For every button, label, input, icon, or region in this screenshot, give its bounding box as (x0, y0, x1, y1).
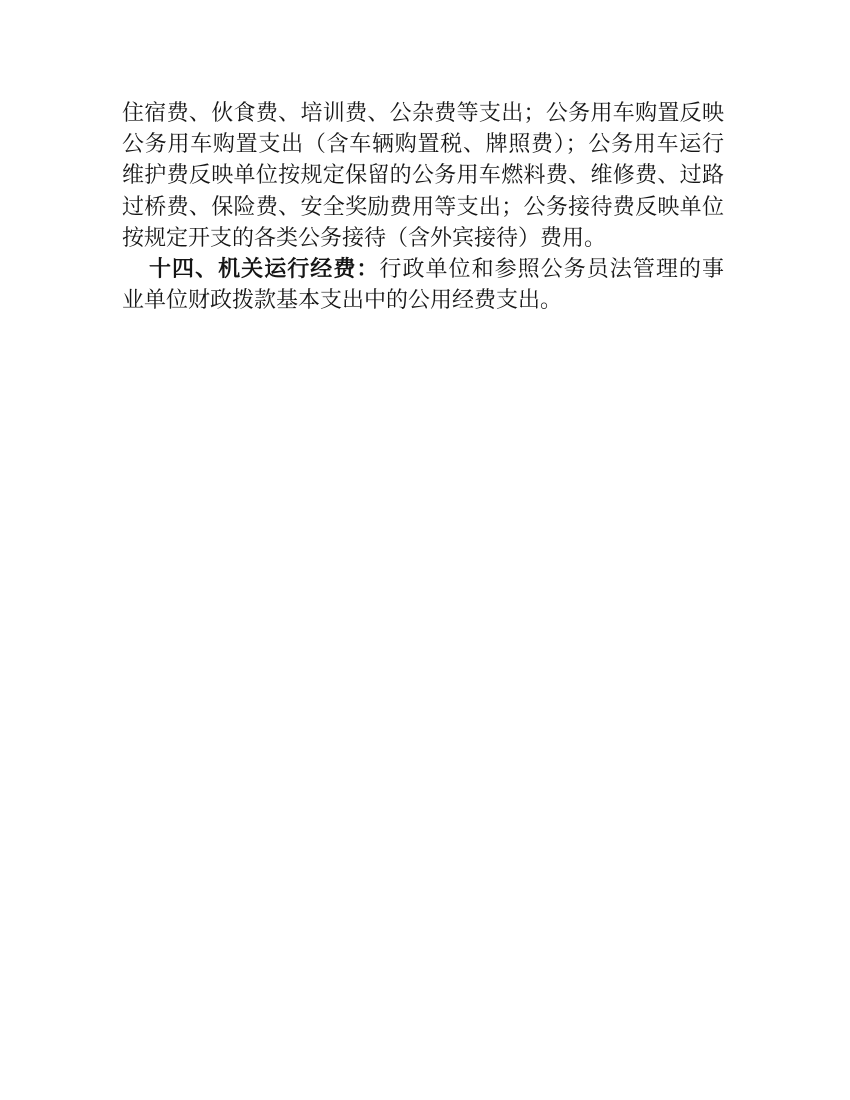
paragraph-line: 住宿费、伙食费、培训费、公杂费等支出；公务用车购置反映 (122, 97, 724, 128)
section-last-line: 业单位财政拨款基本支出中的公用经费支出。 (122, 284, 724, 315)
document-page: 住宿费、伙食费、培训费、公杂费等支出；公务用车购置反映 公务用车购置支出（含车辆… (0, 0, 850, 1100)
section-first-line: 十四、机关运行经费：行政单位和参照公务员法管理的事 (122, 253, 724, 284)
section-text: 行政单位和参照公务员法管理的事 (379, 256, 724, 281)
paragraph-line: 公务用车购置支出（含车辆购置税、牌照费）；公务用车运行 (122, 128, 724, 159)
text-block: 住宿费、伙食费、培训费、公杂费等支出；公务用车购置反映 公务用车购置支出（含车辆… (122, 97, 724, 315)
paragraph-line: 过桥费、保险费、安全奖励费用等支出；公务接待费反映单位 (122, 191, 724, 222)
paragraph-line: 维护费反映单位按规定保留的公务用车燃料费、维修费、过路 (122, 159, 724, 190)
section-heading: 十四、机关运行经费： (149, 256, 379, 281)
paragraph-last-line: 按规定开支的各类公务接待（含外宾接待）费用。 (122, 222, 724, 253)
